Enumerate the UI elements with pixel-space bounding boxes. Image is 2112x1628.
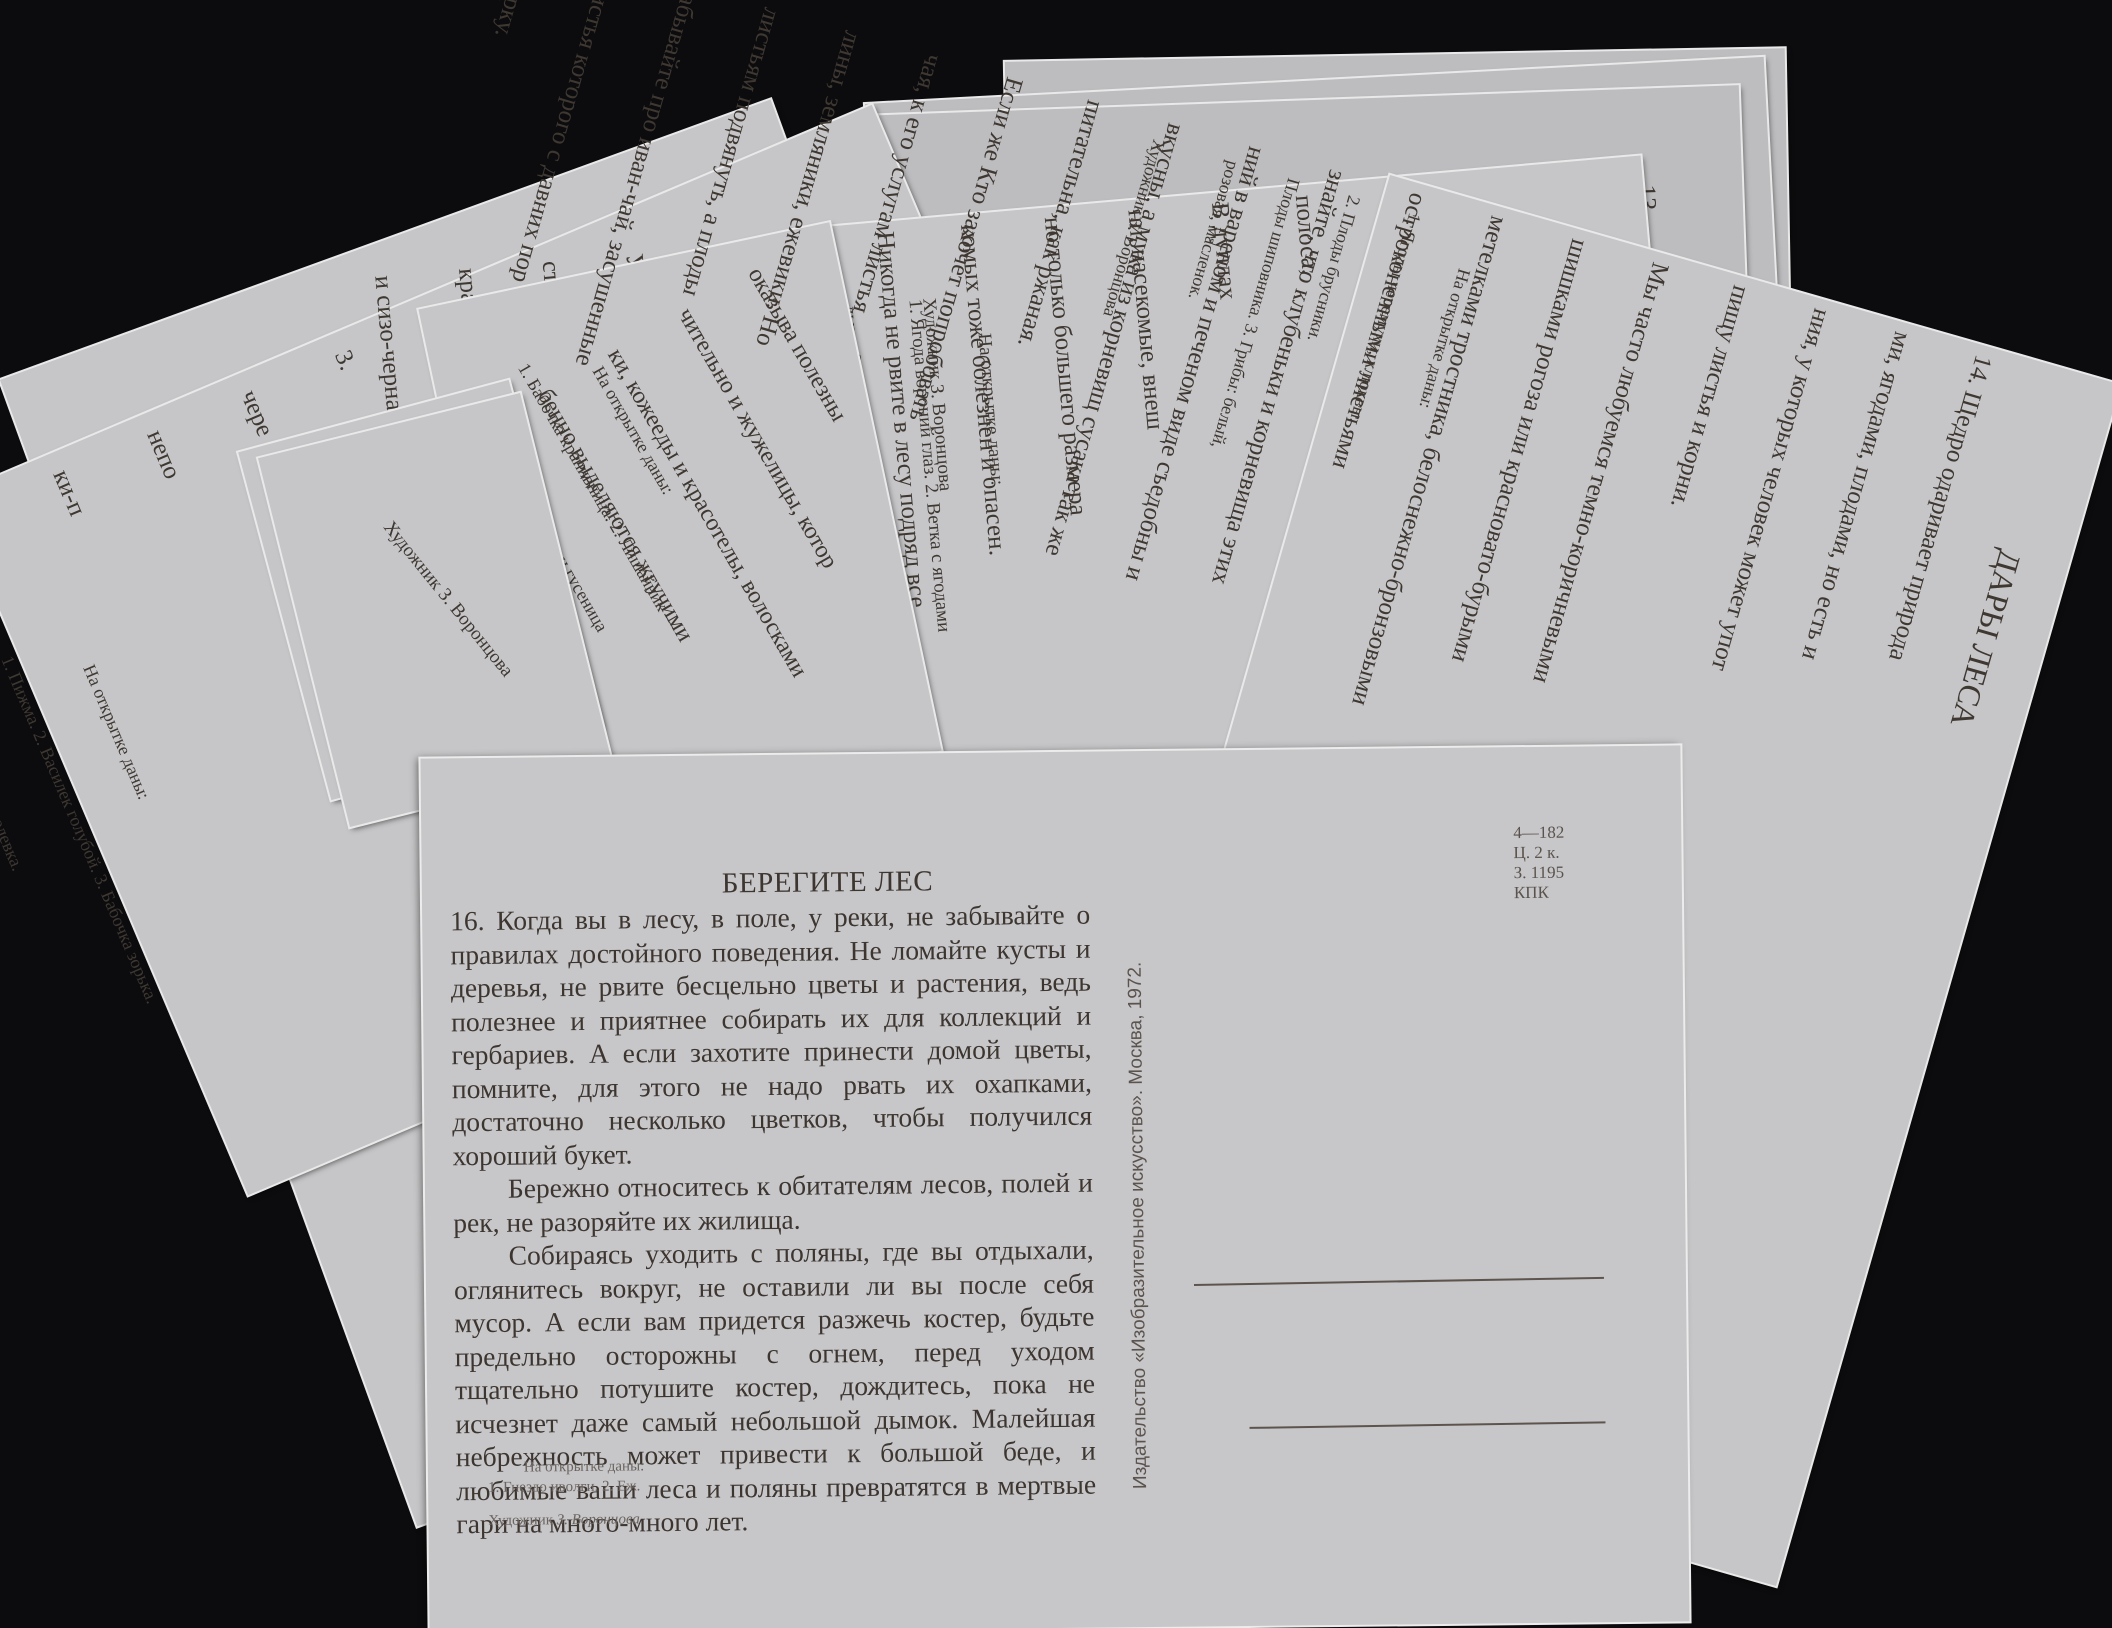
paragraph-1: 16. Когда вы в лесу, в поле, у реки, не … xyxy=(450,898,1093,1173)
publisher-vertical: Издательство «Изобразительное искусство»… xyxy=(1122,869,1158,1489)
small-artist: Художник З. Воронцова xyxy=(378,517,518,682)
address-line-2 xyxy=(1249,1421,1605,1429)
paragraph-2: Бережно относитесь к обитателям лесов, п… xyxy=(453,1166,1094,1240)
print-codes: 4—182 Ц. 2 к. З. 1195 КПК xyxy=(1513,823,1565,904)
caption-heading: На открытке даны: xyxy=(488,1456,645,1478)
address-line-1 xyxy=(1194,1277,1604,1286)
postcard-title: БЕРЕГИТЕ ЛЕС xyxy=(722,865,934,900)
postcard-body: 16. Когда вы в лесу, в поле, у реки, не … xyxy=(450,898,1097,1541)
postcard-front-beregite-les: БЕРЕГИТЕ ЛЕС 16. Когда вы в лесу, в поле… xyxy=(420,745,1689,1628)
postcard-artist: Художник З. Воронцова xyxy=(488,1511,640,1530)
caption-items: 1. Гнездо иволги. 2. Еж. xyxy=(488,1476,645,1498)
postcard-caption: На открытке даны: 1. Гнездо иволги. 2. Е… xyxy=(488,1456,645,1498)
